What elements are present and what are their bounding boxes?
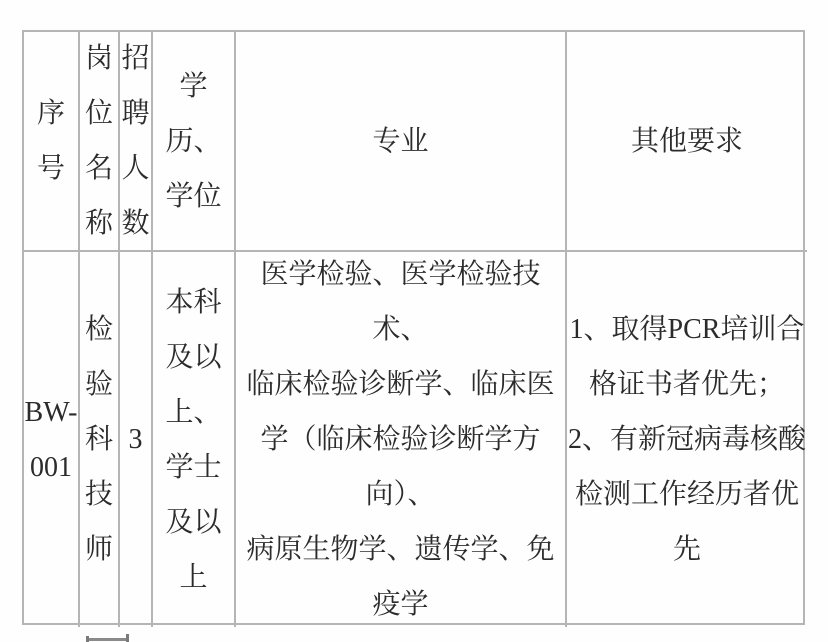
row-cell-seq: BW- 001 <box>24 252 80 627</box>
row-cell-position: 检 验 科 技 师 <box>80 252 120 627</box>
row-cell-other: 1、取得PCR培训合 格证书者优先； 2、有新冠病毒核酸 检测工作经历者优 先 <box>567 252 807 627</box>
header-cell-seq: 序 号 <box>24 32 80 252</box>
header-cell-other: 其他要求 <box>567 32 807 252</box>
header-cell-education: 学 历、 学位 <box>153 32 236 252</box>
row-cell-major: 医学检验、医学检验技 术、 临床检验诊断学、临床医 学（临床检验诊断学方 向）、… <box>236 252 567 627</box>
cutoff-stroke <box>126 634 129 642</box>
recruitment-table: 序 号 岗 位 名 称 招 聘 人 数 学 历、 学位 专业 其他要求 BW- … <box>22 30 805 625</box>
document-page: 序 号 岗 位 名 称 招 聘 人 数 学 历、 学位 专业 其他要求 BW- … <box>0 0 828 642</box>
cutoff-stroke <box>89 638 126 641</box>
header-cell-major: 专业 <box>236 32 567 252</box>
header-cell-position: 岗 位 名 称 <box>80 32 120 252</box>
row-cell-education: 本科 及以 上、 学士 及以 上 <box>153 252 236 627</box>
row-cell-headcount: 3 <box>120 252 153 627</box>
header-cell-headcount: 招 聘 人 数 <box>120 32 153 252</box>
